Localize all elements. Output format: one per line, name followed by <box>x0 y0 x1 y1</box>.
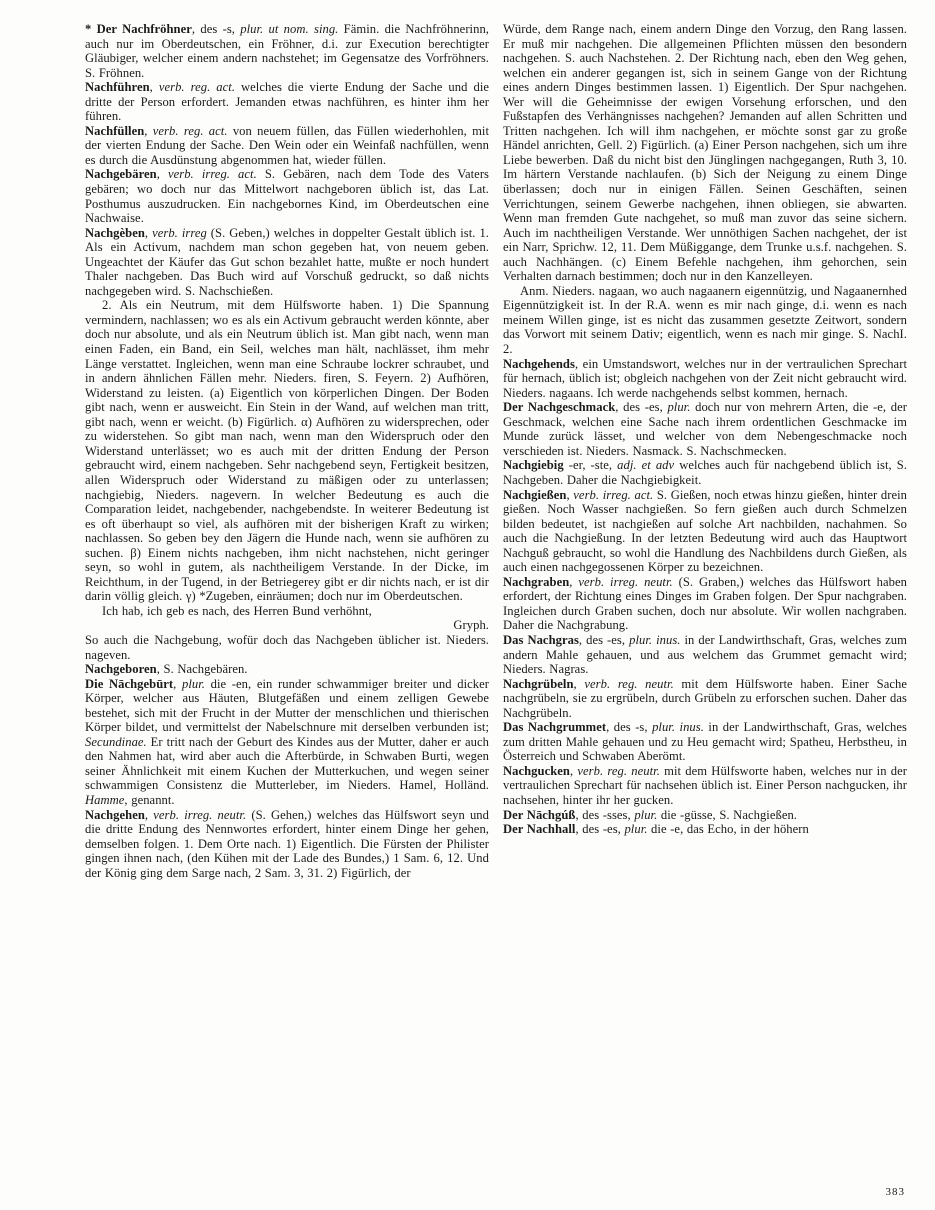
headword: Das Nachgras <box>503 633 579 647</box>
entry-text: plur. <box>182 677 205 691</box>
headword: Nachgehen <box>85 808 145 822</box>
entry-text: Anm. Nieders. nagaan, wo auch nagaanern … <box>503 284 907 356</box>
headword: Nachgießen <box>503 488 566 502</box>
entry-nachfuellen: Nachfüllen, verb. reg. act. von neuem fü… <box>85 124 489 168</box>
headword: Nachgraben <box>503 575 569 589</box>
entry-text: plur. <box>667 400 690 414</box>
entry-text: die -e, das Echo, in der höhern <box>647 822 808 836</box>
verse-line: Ich hab, ich geb es nach, des Herren Bun… <box>85 604 489 619</box>
entry-text: , <box>144 124 153 138</box>
right-column: Würde, dem Range nach, einem andern Ding… <box>503 22 907 880</box>
entry-text: Gryph. <box>453 618 489 632</box>
headword: Der Nachhall <box>503 822 575 836</box>
headword: Nachgèben <box>85 226 145 240</box>
entry-nachgehends: Nachgehends, ein Umstandswort, welches n… <box>503 357 907 401</box>
entry-text: plur. <box>624 822 647 836</box>
entry-nachgucken: Nachgucken, verb. reg. neutr. mit dem Hü… <box>503 764 907 808</box>
continuation-nachgebung: So auch die Nachgebung, wofür doch das N… <box>85 633 489 662</box>
entry-nachgras: Das Nachgras, des -es, plur. inus. in de… <box>503 633 907 677</box>
continuation-nachgehen: Würde, dem Range nach, einem andern Ding… <box>503 22 907 284</box>
dictionary-page: * Der Nachfröhner, des -s, plur. ut nom.… <box>0 0 935 1210</box>
entry-nachgeben: Nachgèben, verb. irreg (S. Geben,) welch… <box>85 226 489 299</box>
entry-text: plur. <box>634 808 657 822</box>
entry-text: , des -es, <box>579 633 629 647</box>
entry-text: plur. ut nom. sing. <box>240 22 338 36</box>
two-column-text-block: * Der Nachfröhner, des -s, plur. ut nom.… <box>85 22 907 880</box>
left-column: * Der Nachfröhner, des -s, plur. ut nom.… <box>85 22 489 880</box>
entry-text: 2. Als ein Neutrum, mit dem Hülfsworte h… <box>85 298 489 603</box>
entry-text: , des -es, <box>575 822 624 836</box>
headword: Nachführen <box>85 80 150 94</box>
entry-text: verb. irreg. neutr. <box>153 808 246 822</box>
entry-text: verb. irreg <box>152 226 207 240</box>
entry-text: adj. et adv <box>617 458 674 472</box>
headword: Nachgebären <box>85 167 157 181</box>
entry-nachgrummet: Das Nachgrummet, des -s, plur. inus. in … <box>503 720 907 764</box>
entry-text: verb. reg. neutr. <box>584 677 673 691</box>
entry-text: , <box>574 677 585 691</box>
entry-nachguss: Der Nāchgúß, des -sses, plur. die -güsse… <box>503 808 907 823</box>
entry-nachgeboren: Nachgeboren, S. Nachgebären. <box>85 662 489 677</box>
headword: Nachfüllen <box>85 124 144 138</box>
entry-text: verb. reg. neutr. <box>577 764 660 778</box>
entry-nachgiessen: Nachgießen, verb. irreg. act. S. Gießen,… <box>503 488 907 575</box>
note-anmerkung: Anm. Nieders. nagaan, wo auch nagaanern … <box>503 284 907 357</box>
entry-text: , <box>150 80 159 94</box>
entry-text: , des -es, <box>615 400 667 414</box>
entry-text: , <box>569 575 578 589</box>
headword: Der Nāchgúß <box>503 808 575 822</box>
entry-nachgebaeren: Nachgebären, verb. irreg. act. S. Gebäre… <box>85 167 489 225</box>
entry-nachgeschmack: Der Nachgeschmack, des -es, plur. doch n… <box>503 400 907 458</box>
entry-text: plur. inus. <box>629 633 680 647</box>
entry-text: Secundinae. <box>85 735 147 749</box>
entry-nachhall: Der Nachhall, des -es, plur. die -e, das… <box>503 822 907 837</box>
headword: Nachgucken <box>503 764 570 778</box>
entry-text: -er, -ste, <box>564 458 617 472</box>
entry-text: So auch die Nachgebung, wofür doch das N… <box>85 633 489 662</box>
headword: Nachgehends <box>503 357 575 371</box>
entry-text: , <box>173 677 182 691</box>
entry-text: Hamme <box>85 793 124 807</box>
entry-text: verb. irreg. neutr. <box>578 575 672 589</box>
entry-nachgeburt: Die Nāchgebūrt, plur. die -en, ein runde… <box>85 677 489 808</box>
entry-nachgeben-neutrum: 2. Als ein Neutrum, mit dem Hülfsworte h… <box>85 298 489 603</box>
entry-text: , des -s, <box>192 22 240 36</box>
verse-attribution: Gryph. <box>85 618 489 633</box>
headword: Nachgeboren <box>85 662 157 676</box>
entry-nachgiebig: Nachgiebig -er, -ste, adj. et adv welche… <box>503 458 907 487</box>
entry-text: , S. Nachgebären. <box>157 662 248 676</box>
entry-text: plur. inus. <box>652 720 704 734</box>
entry-nachfroehner: * Der Nachfröhner, des -s, plur. ut nom.… <box>85 22 489 80</box>
entry-text: , des -sses, <box>575 808 634 822</box>
entry-nachgehen: Nachgehen, verb. irreg. neutr. (S. Gehen… <box>85 808 489 881</box>
entry-text: verb. irreg. act. <box>573 488 653 502</box>
entry-nachgruebeln: Nachgrübeln, verb. reg. neutr. mit dem H… <box>503 677 907 721</box>
entry-text: verb. reg. act. <box>153 124 228 138</box>
entry-text: Ich hab, ich geb es nach, des Herren Bun… <box>102 604 372 618</box>
headword: Nachgiebig <box>503 458 564 472</box>
entry-text: die -güsse, S. Nachgießen. <box>657 808 797 822</box>
entry-text: , des -s, <box>606 720 652 734</box>
headword: Der Nachgeschmack <box>503 400 615 414</box>
headword: Nachgrübeln <box>503 677 574 691</box>
headword: Das Nachgrummet <box>503 720 606 734</box>
entry-text: verb. reg. act. <box>159 80 235 94</box>
page-number: 383 <box>886 1186 906 1198</box>
headword: Die Nāchgebūrt <box>85 677 173 691</box>
entry-text: verb. irreg. act. <box>168 167 257 181</box>
entry-text: , <box>157 167 168 181</box>
entry-nachgraben: Nachgraben, verb. irreg. neutr. (S. Grab… <box>503 575 907 633</box>
entry-nachfuehren: Nachführen, verb. reg. act. welches die … <box>85 80 489 124</box>
entry-text: , genannt. <box>124 793 174 807</box>
entry-text: Würde, dem Range nach, einem andern Ding… <box>503 22 907 283</box>
headword: * Der Nachfröhner <box>85 22 192 36</box>
